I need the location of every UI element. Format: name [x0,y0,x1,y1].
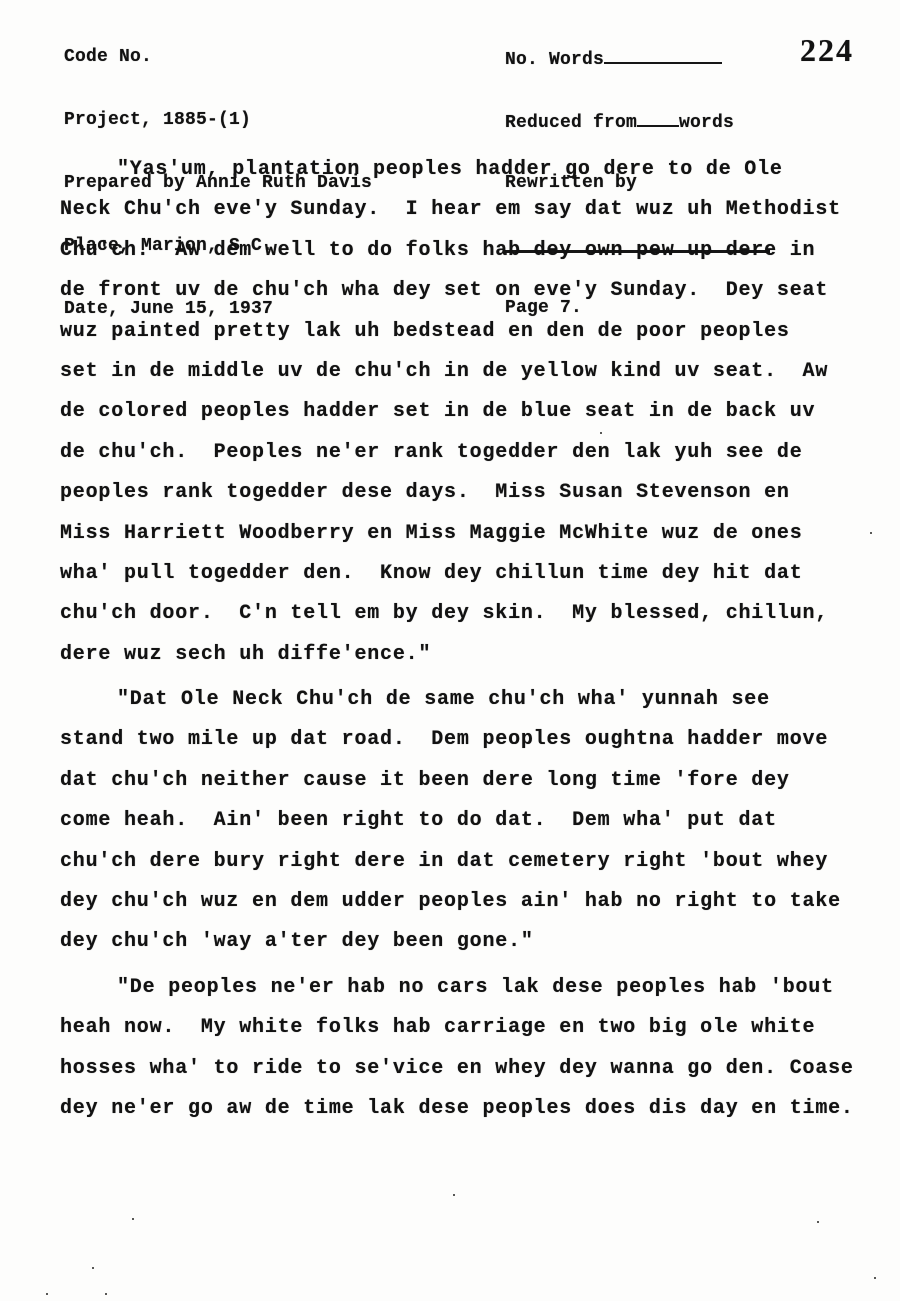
typescript-line: "Dat Ole Neck Chu'ch de same chu'ch wha'… [60,680,860,720]
scan-speck [132,1218,134,1220]
typescript-line: peoples rank togedder dese days. Miss Su… [60,473,860,513]
header-code-no: Code No. [64,47,372,68]
typescript-line: hosses wha' to ride to se'vice en whey d… [60,1049,860,1089]
scan-speck [92,1267,94,1269]
reduced-from-blank-line [637,110,679,127]
scan-speck [105,1293,107,1295]
header-project: Project, 1885-(1) [64,110,372,131]
typescript-line: wuz painted pretty lak uh bedstead en de… [60,312,860,352]
scan-speck [817,1221,819,1223]
typescript-line: de front uv de chu'ch wha dey set on eve… [60,271,860,311]
scanned-document-page: Code No. Project, 1885-(1) Prepared by A… [0,0,900,1301]
typescript-line: Miss Harriett Woodberry en Miss Maggie M… [60,514,860,554]
typescript-line: dey chu'ch wuz en dem udder peoples ain'… [60,882,860,922]
typescript-body: "Yas'um, plantation peoples hadder go de… [60,150,860,1129]
typescript-line: de colored peoples hadder set in de blue… [60,392,860,432]
typescript-line: Chu'ch. Aw dem well to do folks hab dey … [60,231,860,271]
typescript-line: chu'ch door. C'n tell em by dey skin. My… [60,594,860,634]
scan-speck [874,1277,876,1279]
typescript-line: set in de middle uv de chu'ch in de yell… [60,352,860,392]
typescript-line: "De peoples ne'er hab no cars lak dese p… [60,968,860,1008]
reduced-words-suffix: words [679,113,734,133]
scan-speck [600,432,602,434]
field-reduced-from: Reduced fromwords [505,110,770,131]
typescript-line: "Yas'um, plantation peoples hadder go de… [60,150,860,190]
typescript-line: dey chu'ch 'way a'ter dey been gone." [60,922,860,962]
typescript-line: stand two mile up dat road. Dem peoples … [60,720,860,760]
typescript-line: come heah. Ain' been right to do dat. De… [60,801,860,841]
page-number-stamp: 224 [800,32,854,69]
scan-speck [46,1293,48,1295]
typescript-line: heah now. My white folks hab carriage en… [60,1008,860,1048]
no-words-blank-line [604,47,722,64]
typescript-line: dat chu'ch neither cause it been dere lo… [60,761,860,801]
no-words-label: No. Words [505,50,604,70]
typescript-line: chu'ch dere bury right dere in dat cemet… [60,842,860,882]
typescript-line: dere wuz sech uh diffe'ence." [60,635,860,675]
typescript-line: Neck Chu'ch eve'y Sunday. I hear em say … [60,190,860,230]
typescript-line: de chu'ch. Peoples ne'er rank togedder d… [60,433,860,473]
scan-speck [870,532,872,534]
field-no-words: No. Words [505,47,770,68]
typescript-line: wha' pull togedder den. Know dey chillun… [60,554,860,594]
reduced-from-label: Reduced from [505,113,637,133]
scan-speck [453,1194,455,1196]
typescript-line: dey ne'er go aw de time lak dese peoples… [60,1089,860,1129]
